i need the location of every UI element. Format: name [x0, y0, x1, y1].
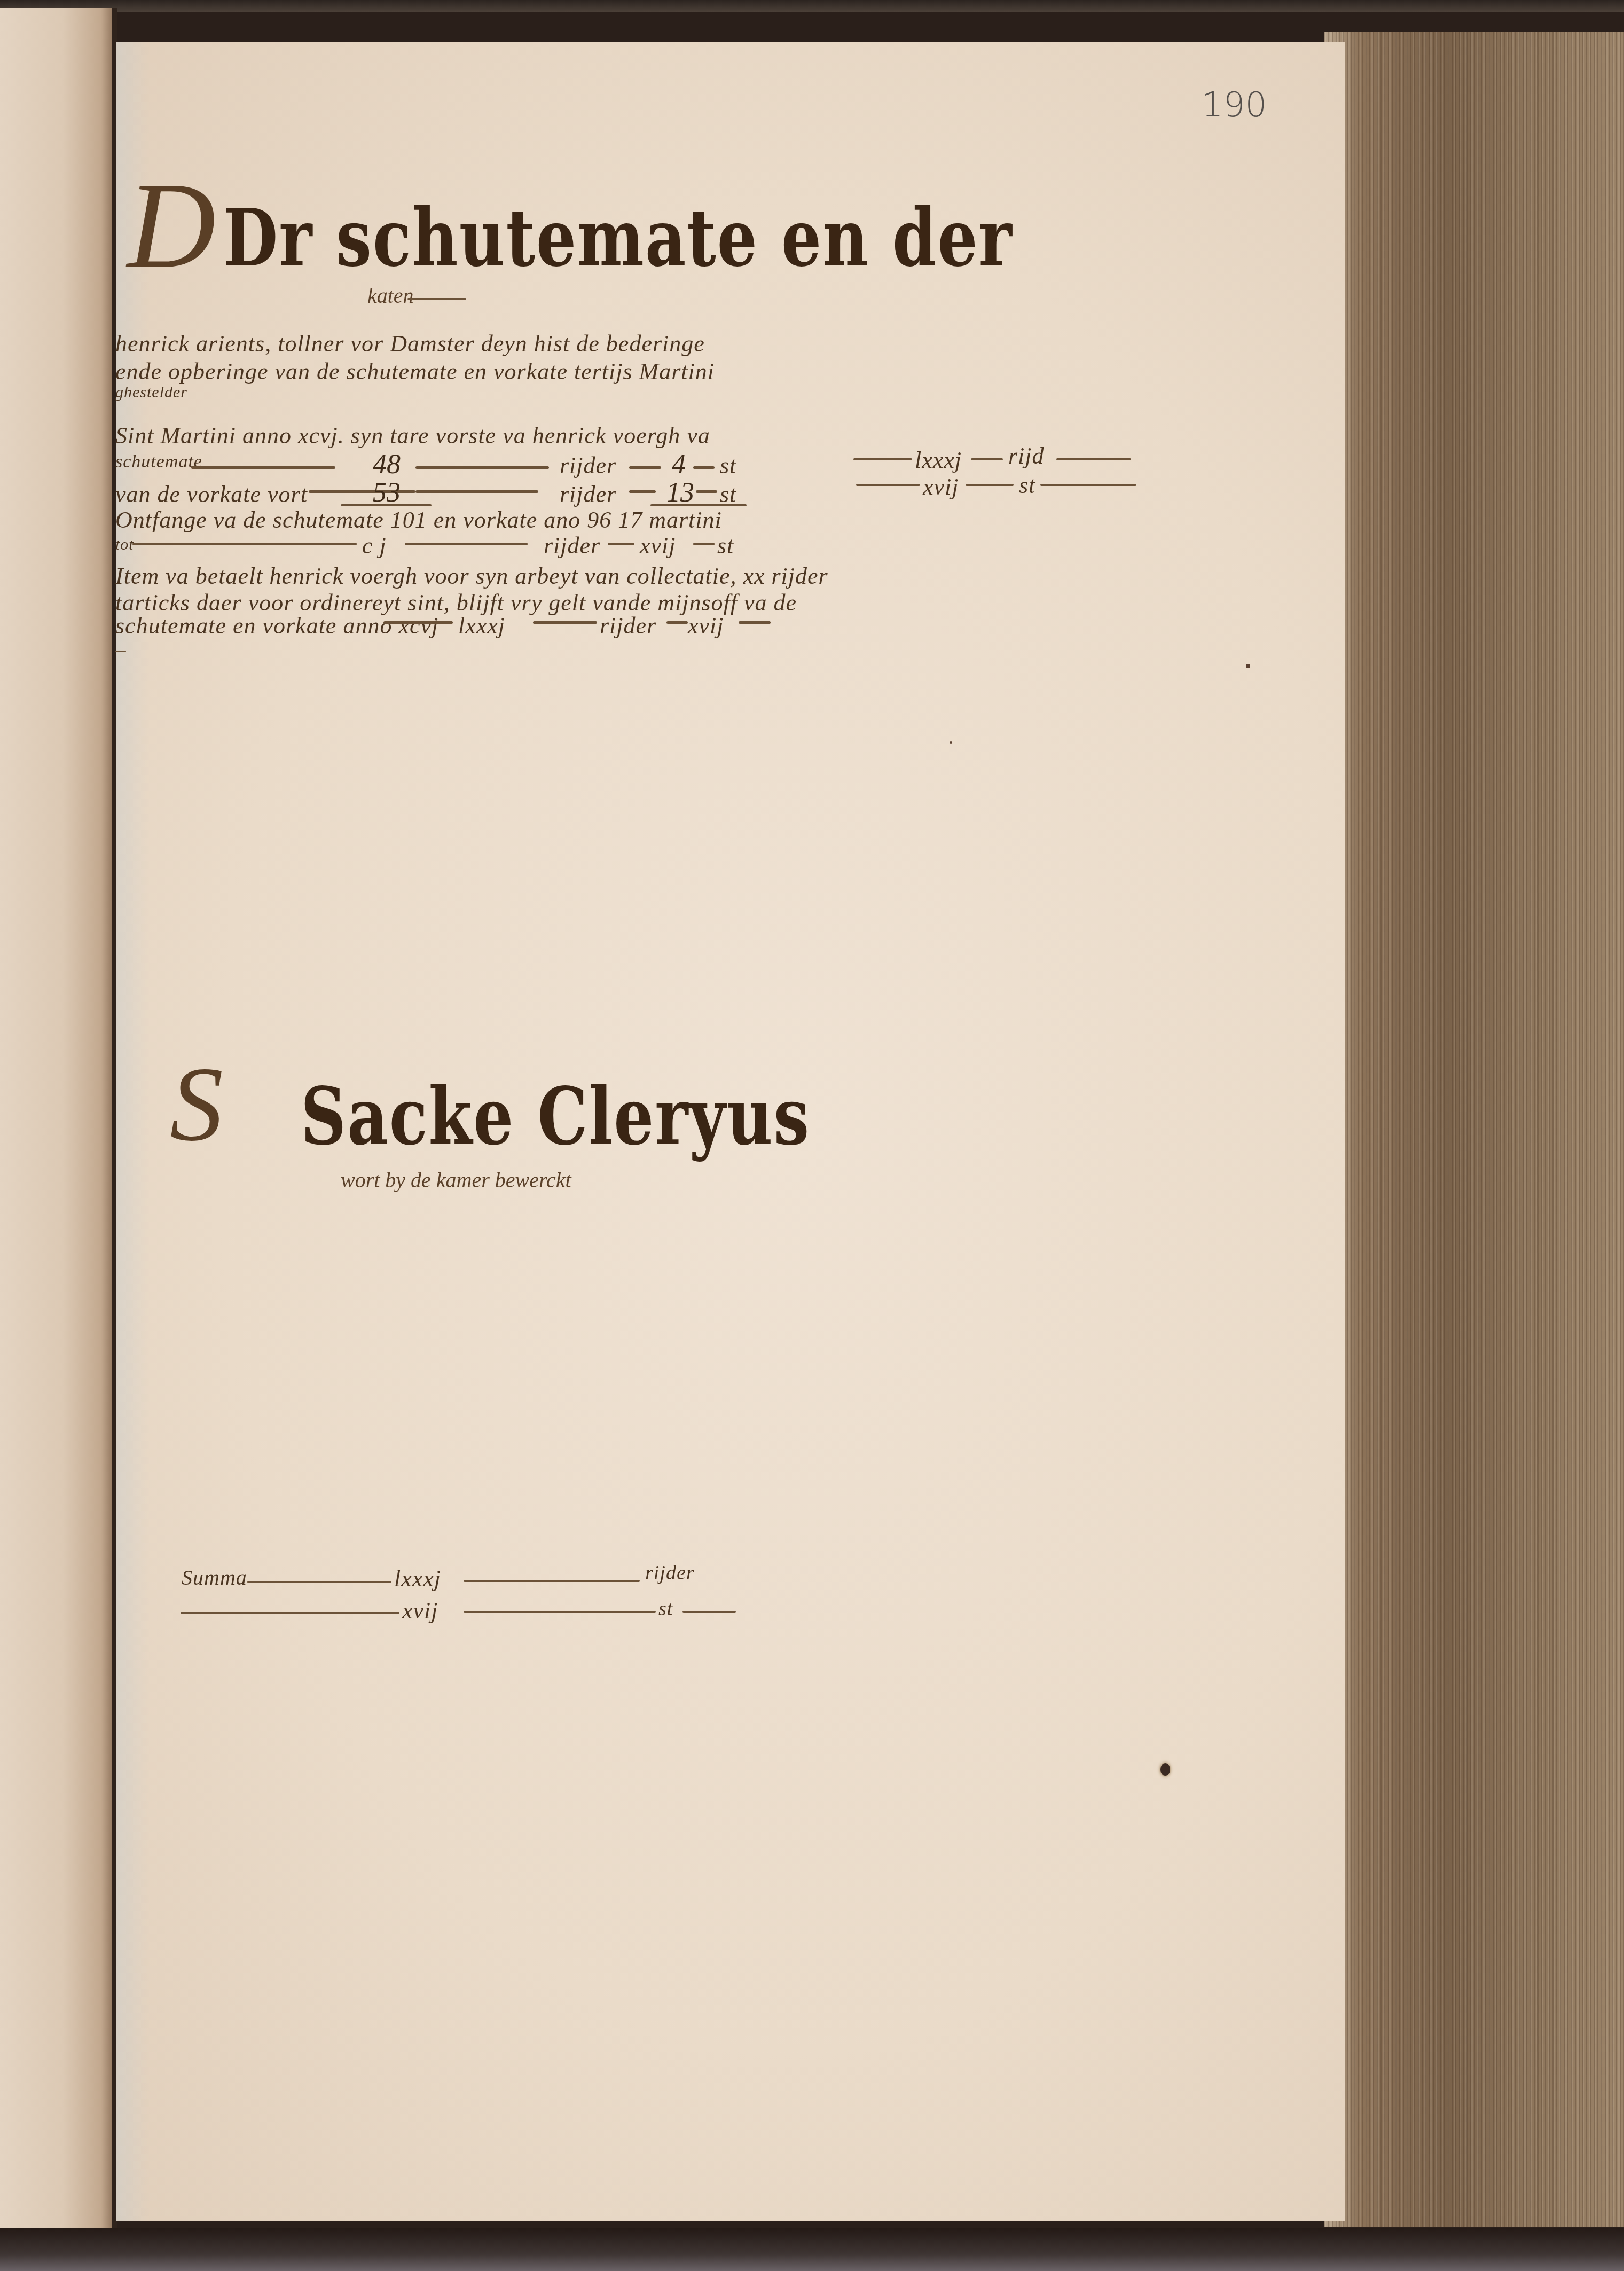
summary-line1-unit: rijder	[645, 1561, 695, 1585]
summary-rule	[247, 1581, 391, 1583]
summary-label: Summa	[182, 1565, 247, 1590]
margin-rule	[971, 458, 1003, 460]
ink-blot	[1160, 1763, 1170, 1776]
entry-unit: rijder	[560, 452, 616, 479]
summary-rule	[464, 1580, 640, 1582]
summary-rule	[682, 1611, 736, 1613]
entry-text: van de vorkate vort	[115, 481, 308, 508]
summary-line1: lxxxj	[394, 1565, 441, 1592]
margin-rule	[853, 458, 912, 460]
margin-total-1: lxxxj	[915, 447, 962, 474]
ledger-rule	[666, 621, 688, 624]
ledger-rule	[608, 543, 634, 545]
intro-line: henrick arients, tollner vor Damster dey…	[115, 330, 705, 357]
summary-rule	[464, 1611, 656, 1613]
margin-total-2: xvij	[923, 473, 959, 500]
entry-amount: 48	[373, 449, 401, 480]
top-edge-shadow	[0, 0, 1624, 12]
entry-unit: rijder	[560, 481, 616, 508]
intro-line: ghestelder	[115, 383, 187, 402]
summary-line2-unit: st	[658, 1597, 673, 1620]
book-spread: 190 D Dr schutemate en der katen henrick…	[0, 0, 1624, 2271]
entry-sub: xvij	[688, 612, 724, 639]
section1-heading: Dr schutemate en der	[223, 191, 1013, 284]
ledger-rule	[415, 466, 549, 469]
page-edges	[1324, 32, 1624, 2227]
entry-sub-unit: st	[720, 452, 736, 479]
entry-sub-unit: st	[717, 532, 734, 559]
ledger-rule	[533, 621, 597, 624]
ledger-rule	[693, 543, 715, 545]
entry-unit: rijder	[544, 532, 600, 559]
ledger-rule	[415, 490, 538, 493]
ledger-rule	[405, 543, 528, 545]
ink-fleck	[950, 741, 952, 744]
margin-rule	[1040, 484, 1136, 486]
ledger-rule	[629, 490, 656, 493]
section2-subheading: wort by de kamer bewerckt	[341, 1168, 571, 1193]
ledger-rule	[132, 543, 357, 545]
section2-heading: Sacke Cleryus	[301, 1070, 810, 1163]
entry-text: schutemate	[115, 452, 202, 472]
entry-amount: c j	[362, 532, 387, 559]
summary-rule	[181, 1612, 399, 1614]
entry-sub: xvij	[640, 532, 676, 559]
section1-subheading: katen	[367, 283, 414, 308]
ledger-rule	[383, 621, 453, 624]
entry-amount: lxxxj	[458, 612, 505, 639]
margin-total-2-unit: st	[1019, 472, 1035, 499]
ledger-rule	[739, 621, 771, 624]
entry-text: tot	[115, 536, 134, 554]
entry-text: Sint Martini anno xcvj. syn tare vorste …	[115, 422, 710, 449]
ledger-rule	[693, 466, 715, 469]
section2-initial: S	[170, 1051, 223, 1158]
entry-text: schutemate en vorkate anno xcvj	[115, 612, 438, 639]
margin-rule	[1056, 458, 1131, 460]
margin-rule	[856, 484, 920, 486]
margin-rule	[966, 484, 1014, 486]
right-page: 190 D Dr schutemate en der katen henrick…	[116, 42, 1345, 2221]
intro-line: ende opberinge van de schutemate en vork…	[115, 358, 715, 385]
bottom-edge-shadow	[0, 2228, 1624, 2271]
summary-line2: xvij	[402, 1597, 438, 1624]
ink-fleck	[1246, 664, 1250, 668]
left-page	[0, 8, 115, 2230]
ledger-rule	[191, 466, 335, 469]
line-end-mark	[115, 651, 126, 652]
entry-text: Ontfange va de schutemate 101 en vorkate…	[115, 506, 722, 534]
margin-total-1-unit: rijd	[1008, 442, 1045, 469]
entry-text: Item va betaelt henrick voergh voor syn …	[115, 562, 828, 590]
subheading-flourish	[407, 298, 466, 300]
entry-sub: 4	[672, 449, 686, 480]
folio-number: 190	[1202, 85, 1267, 125]
ledger-rule	[696, 490, 717, 493]
section1-initial: D	[127, 165, 216, 287]
entry-unit: rijder	[600, 612, 656, 639]
ledger-rule	[629, 466, 661, 469]
